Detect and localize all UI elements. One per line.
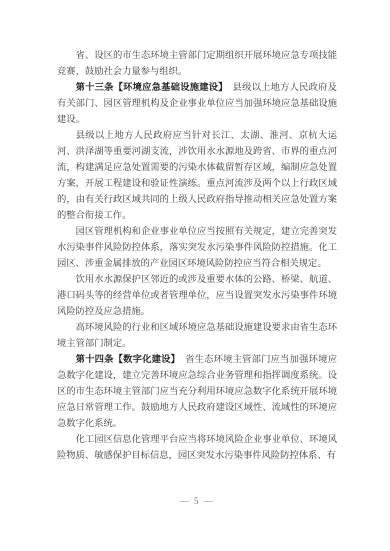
paragraph-text: 高环境风险的行业和区域环境应急基础设施建设要求由省生态环境主管部门制定。	[57, 323, 337, 349]
article-13-heading: 第十三条【环境应急基础设施建设】	[76, 83, 233, 93]
paragraph-article-14: 第十四条【数字化建设】 省生态环境主管部门应当加强环境应急数字化建设，建立完善环…	[57, 352, 337, 432]
paragraph-text: 化工园区信息化管理平台应当将环境风险企业事业单位、环境风险物质、敏感保护目标信息…	[57, 435, 337, 461]
paragraph-text: 园区管理机构和企业事业单位应当按照有关规定，建立完善突发水污染事件风险防控体系，…	[57, 227, 337, 269]
paragraph: 高环境风险的行业和区域环境应急基础设施建设要求由省生态环境主管部门制定。	[57, 320, 337, 352]
page-number: — 5 —	[57, 494, 337, 508]
paragraph-text: 省生态环境主管部门应当加强环境应急数字化建设，建立完善环境应急综合业务管理和指挥…	[57, 355, 337, 429]
paragraph-text: 饮用水水源保护区邻近的或涉及重要水体的公路、桥梁、航道、港口码头等的经营单位或者…	[57, 275, 337, 317]
paragraph: 县级以上地方人民政府应当针对长江、太湖、淮河、京杭大运河、洪泽湖等重要河湖支流，…	[57, 128, 337, 224]
paragraph-article-13: 第十三条【环境应急基础设施建设】 县级以上地方人民政府及有关部门、园区管理机构及…	[57, 80, 337, 128]
paragraph-continued: 省、设区的市生态环境主管部门定期组织开展环境应急专项技能竞赛，鼓励社会力量参与组…	[57, 48, 337, 80]
paragraph-text: 省、设区的市生态环境主管部门定期组织开展环境应急专项技能竞赛，鼓励社会力量参与组…	[57, 51, 337, 77]
article-14-heading: 第十四条【数字化建设】	[76, 355, 185, 365]
paragraph-text: 县级以上地方人民政府应当针对长江、太湖、淮河、京杭大运河、洪泽湖等重要河湖支流，…	[57, 131, 337, 221]
paragraph: 饮用水水源保护区邻近的或涉及重要水体的公路、桥梁、航道、港口码头等的经营单位或者…	[57, 272, 337, 320]
paragraph: 化工园区信息化管理平台应当将环境风险企业事业单位、环境风险物质、敏感保护目标信息…	[57, 432, 337, 464]
document-body: 省、设区的市生态环境主管部门定期组织开展环境应急专项技能竞赛，鼓励社会力量参与组…	[57, 48, 337, 464]
document-page: 省、设区的市生态环境主管部门定期组织开展环境应急专项技能竞赛，鼓励社会力量参与组…	[0, 0, 390, 551]
paragraph: 园区管理机构和企业事业单位应当按照有关规定，建立完善突发水污染事件风险防控体系，…	[57, 224, 337, 272]
